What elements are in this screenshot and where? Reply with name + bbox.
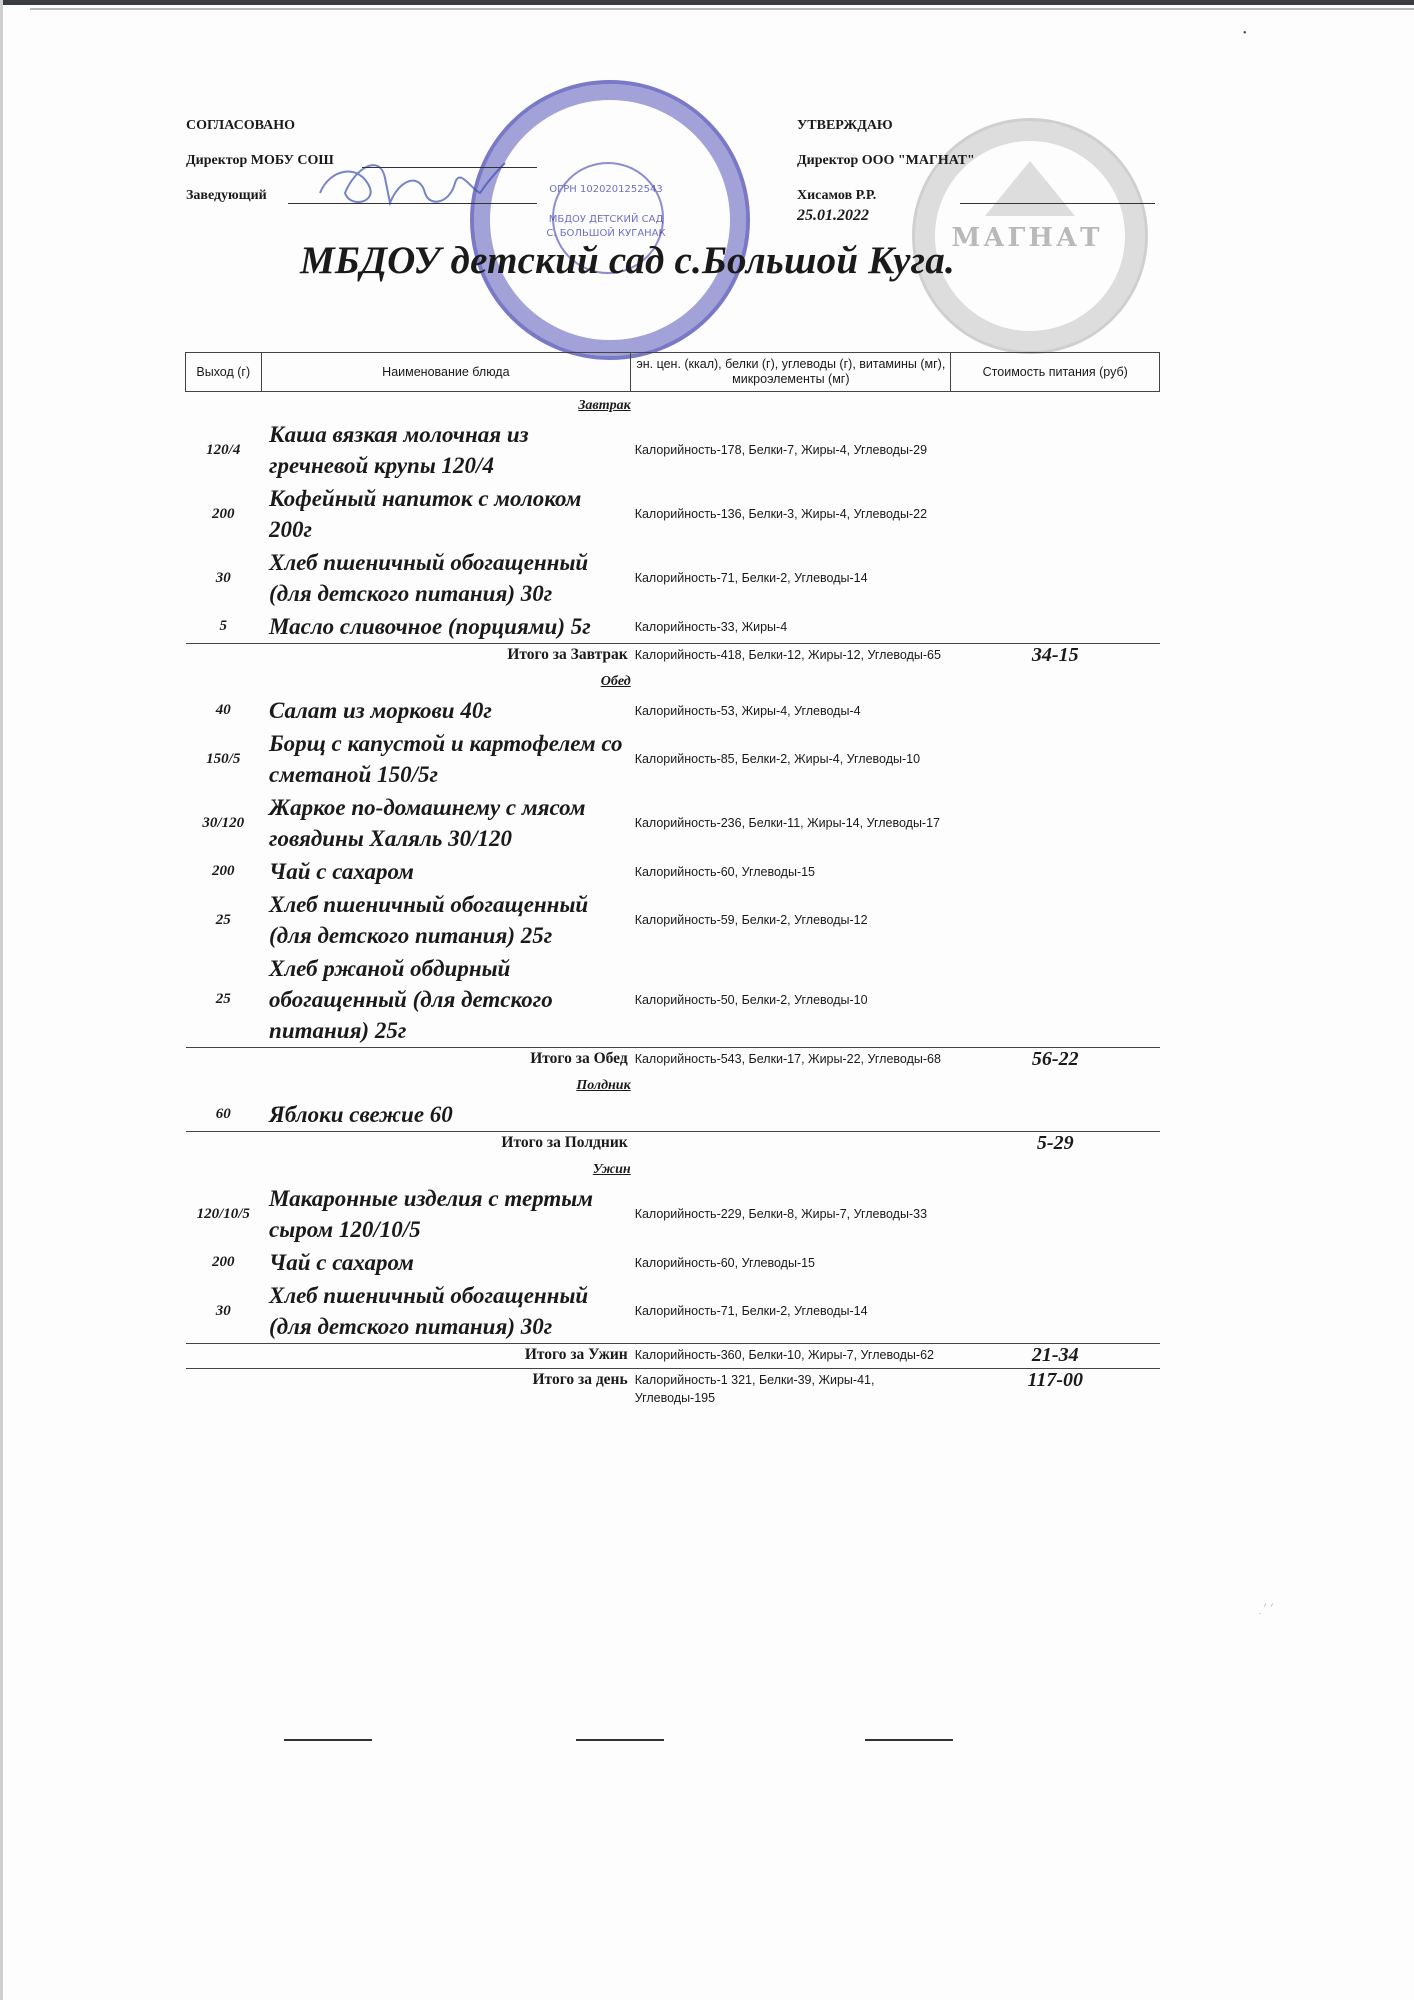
section-total-cost: 5-29 <box>951 1132 1160 1157</box>
footer-signature-line <box>284 1739 372 1741</box>
dish-nutrition: Калорийность-136, Белки-3, Жиры-4, Углев… <box>631 482 951 546</box>
table-row: 200Чай с сахаромКалорийность-60, Углевод… <box>186 1246 1160 1279</box>
approval-block-right: УТВЕРЖДАЮ Директор ООО "МАГНАТ" Хисамов … <box>797 117 975 242</box>
table-row: 60Яблоки свежие 60 <box>186 1098 1160 1132</box>
menu-table: Выход (г) Наименование блюда эн. цен. (к… <box>185 352 1160 1408</box>
section-row: Ужин <box>186 1156 1160 1182</box>
header-output: Выход (г) <box>186 353 262 392</box>
section-cell: Обед <box>186 668 631 694</box>
dish-cost <box>951 855 1160 888</box>
section-empty <box>631 668 951 694</box>
day-total-label: Итого за день <box>186 1369 631 1409</box>
section-total-cost: 56-22 <box>951 1048 1160 1073</box>
dish-cost <box>951 1182 1160 1246</box>
section-empty <box>951 668 1160 694</box>
dish-name: Хлеб пшеничный обогащенный (для детского… <box>261 546 631 610</box>
section-row: Обед <box>186 668 1160 694</box>
signature-left <box>310 148 510 218</box>
table-row: 25Хлеб ржаной обдирный обогащенный (для … <box>186 952 1160 1048</box>
section-total-label: Итого за Полдник <box>186 1132 631 1157</box>
dish-output: 30 <box>186 1279 262 1344</box>
scan-speck: ׅ ׳ ׳ <box>1260 1600 1273 1616</box>
header-nutrition: эн. цен. (ккал), белки (г), углеводы (г)… <box>631 353 951 392</box>
dish-nutrition: Калорийность-59, Белки-2, Углеводы-12 <box>631 888 951 952</box>
table-row: 150/5 Борщ с капустой и картофелем со см… <box>186 727 1160 791</box>
dish-name: Чай с сахаром <box>261 1246 631 1279</box>
stamp-org-name: МБДОУ ДЕТСКИЙ САД <box>470 214 742 225</box>
dish-output: 120/4 <box>186 418 262 482</box>
table-row: 120/10/5Макаронные изделия с тертым сыро… <box>186 1182 1160 1246</box>
dish-output: 30 <box>186 546 262 610</box>
header-dish: Наименование блюда <box>261 353 631 392</box>
dish-name: Борщ с капустой и картофелем со сметаной… <box>261 727 631 791</box>
mountain-logo-icon <box>985 161 1075 216</box>
scan-speck: • <box>1243 28 1247 39</box>
section-empty <box>631 1072 951 1098</box>
dish-cost <box>951 888 1160 952</box>
section-empty <box>631 1156 951 1182</box>
section-title: Полдник <box>576 1078 630 1093</box>
dish-name: Масло сливочное (порциями) 5г <box>261 610 631 644</box>
dish-cost <box>951 482 1160 546</box>
dish-name: Каша вязкая молочная из гречневой крупы … <box>261 418 631 482</box>
dish-nutrition: Калорийность-236, Белки-11, Жиры-14, Угл… <box>631 791 951 855</box>
section-title: Завтрак <box>578 398 630 413</box>
section-total-label: Итого за Обед <box>186 1048 631 1073</box>
section-empty <box>951 1072 1160 1098</box>
section-row: Завтрак <box>186 392 1160 419</box>
dish-nutrition: Калорийность-53, Жиры-4, Углеводы-4 <box>631 694 951 727</box>
dish-nutrition: Калорийность-33, Жиры-4 <box>631 610 951 644</box>
dish-cost <box>951 546 1160 610</box>
director-company-label: Директор ООО "МАГНАТ" <box>797 152 975 187</box>
dish-output: 200 <box>186 855 262 888</box>
scan-edge-top <box>0 0 1414 5</box>
table-header-row: Выход (г) Наименование блюда эн. цен. (к… <box>186 353 1160 392</box>
dish-nutrition: Калорийность-178, Белки-7, Жиры-4, Углев… <box>631 418 951 482</box>
footer-signature-line <box>576 1739 664 1741</box>
section-total-row: Итого за УжинКалорийность-360, Белки-10,… <box>186 1344 1160 1369</box>
dish-nutrition: Калорийность-50, Белки-2, Углеводы-10 <box>631 952 951 1048</box>
director-name: Хисамов Р.Р. <box>797 187 975 207</box>
table-row: 25Хлеб пшеничный обогащенный (для детско… <box>186 888 1160 952</box>
dish-output: 40 <box>186 694 262 727</box>
dish-nutrition: Калорийность-60, Углеводы-15 <box>631 1246 951 1279</box>
section-total-label: Итого за Завтрак <box>186 644 631 669</box>
signature-line <box>362 167 537 168</box>
director-school-label: Директор МОБУ СОШ <box>186 152 334 187</box>
page-title: МБДОУ детский сад с.Большой Кугa. <box>300 238 955 283</box>
table-row: 30Хлеб пшеничный обогащенный (для детско… <box>186 1279 1160 1344</box>
dish-cost <box>951 418 1160 482</box>
table-row: 200Чай с сахаромКалорийность-60, Углевод… <box>186 855 1160 888</box>
table-row: 120/4Каша вязкая молочная из гречневой к… <box>186 418 1160 482</box>
dish-name: Хлеб пшеничный обогащенный (для детского… <box>261 1279 631 1344</box>
table-row: 5Масло сливочное (порциями) 5гКалорийнос… <box>186 610 1160 644</box>
dish-cost <box>951 694 1160 727</box>
header-cost: Стоимость питания (руб) <box>951 353 1160 392</box>
approval-block-left: СОГЛАСОВАНО Директор МОБУ СОШ Заведующий <box>186 117 334 222</box>
dish-cost <box>951 727 1160 791</box>
agreed-label: СОГЛАСОВАНО <box>186 117 334 152</box>
dish-name: Чай с сахаром <box>261 855 631 888</box>
dish-nutrition <box>631 1098 951 1132</box>
dish-name: Кофейный напиток с молоком 200г <box>261 482 631 546</box>
dish-nutrition: Калорийность-85, Белки-2, Жиры-4, Углево… <box>631 727 951 791</box>
dish-nutrition: Калорийность-71, Белки-2, Углеводы-14 <box>631 1279 951 1344</box>
head-label: Заведующий <box>186 187 334 222</box>
section-empty <box>951 392 1160 419</box>
section-total-row: Итого за Полдник5-29 <box>186 1132 1160 1157</box>
dish-output: 200 <box>186 482 262 546</box>
dish-name: Хлеб ржаной обдирный обогащенный (для де… <box>261 952 631 1048</box>
dish-nutrition: Калорийность-229, Белки-8, Жиры-7, Углев… <box>631 1182 951 1246</box>
section-empty <box>631 392 951 419</box>
section-cell: Полдник <box>186 1072 631 1098</box>
footer-signature-line <box>865 1739 953 1741</box>
section-title: Ужин <box>593 1162 631 1177</box>
approval-date: 25.01.2022 <box>797 207 975 242</box>
dish-name: Салат из моркови 40г <box>261 694 631 727</box>
section-row: Полдник <box>186 1072 1160 1098</box>
dish-output: 25 <box>186 888 262 952</box>
approve-label: УТВЕРЖДАЮ <box>797 117 975 152</box>
scan-edge-line <box>30 8 1414 10</box>
section-total-cost: 21-34 <box>951 1344 1160 1369</box>
dish-output: 5 <box>186 610 262 644</box>
dish-name: Хлеб пшеничный обогащенный (для детского… <box>261 888 631 952</box>
dish-cost <box>951 1098 1160 1132</box>
dish-nutrition: Калорийность-71, Белки-2, Углеводы-14 <box>631 546 951 610</box>
section-total-nutrition: Калорийность-543, Белки-17, Жиры-22, Угл… <box>631 1048 951 1073</box>
dish-output: 60 <box>186 1098 262 1132</box>
day-total-nutrition: Калорийность-1 321, Белки-39, Жиры-41, У… <box>631 1369 951 1409</box>
dish-name: Яблоки свежие 60 <box>261 1098 631 1132</box>
dish-cost <box>951 610 1160 644</box>
dish-cost <box>951 1279 1160 1344</box>
signature-line <box>288 203 537 204</box>
section-empty <box>951 1156 1160 1182</box>
section-total-label: Итого за Ужин <box>186 1344 631 1369</box>
stamp-ogrn: ОГРН 1020201252543 <box>470 184 742 195</box>
table-row: 30Хлеб пшеничный обогащенный (для детско… <box>186 546 1160 610</box>
scan-edge-left <box>0 0 3 2000</box>
section-total-cost: 34-15 <box>951 644 1160 669</box>
table-row: 30/120Жаркое по-домашнему с мясом говяди… <box>186 791 1160 855</box>
section-total-row: Итого за ОбедКалорийность-543, Белки-17,… <box>186 1048 1160 1073</box>
section-total-nutrition: Калорийность-418, Белки-12, Жиры-12, Угл… <box>631 644 951 669</box>
section-cell: Ужин <box>186 1156 631 1182</box>
section-total-row: Итого за ЗавтракКалорийность-418, Белки-… <box>186 644 1160 669</box>
dish-output: 200 <box>186 1246 262 1279</box>
section-cell: Завтрак <box>186 392 631 419</box>
dish-output: 150/5 <box>186 727 262 791</box>
dish-cost <box>951 791 1160 855</box>
dish-cost <box>951 952 1160 1048</box>
dish-cost <box>951 1246 1160 1279</box>
dish-name: Жаркое по-домашнему с мясом говядины Хал… <box>261 791 631 855</box>
section-total-nutrition: Калорийность-360, Белки-10, Жиры-7, Угле… <box>631 1344 951 1369</box>
dish-output: 25 <box>186 952 262 1048</box>
signature-line <box>960 203 1155 204</box>
dish-name: Макаронные изделия с тертым сыром 120/10… <box>261 1182 631 1246</box>
day-total-cost: 117-00 <box>951 1369 1160 1409</box>
section-title: Обед <box>601 674 631 689</box>
section-total-nutrition <box>631 1132 951 1157</box>
table-row: 200Кофейный напиток с молоком 200гКалори… <box>186 482 1160 546</box>
day-total-row: Итого за деньКалорийность-1 321, Белки-3… <box>186 1369 1160 1409</box>
dish-nutrition: Калорийность-60, Углеводы-15 <box>631 855 951 888</box>
dish-output: 120/10/5 <box>186 1182 262 1246</box>
table-row: 40Салат из моркови 40гКалорийность-53, Ж… <box>186 694 1160 727</box>
school-stamp: ОГРН 1020201252543 МБДОУ ДЕТСКИЙ САД С. … <box>470 80 750 360</box>
dish-output: 30/120 <box>186 791 262 855</box>
